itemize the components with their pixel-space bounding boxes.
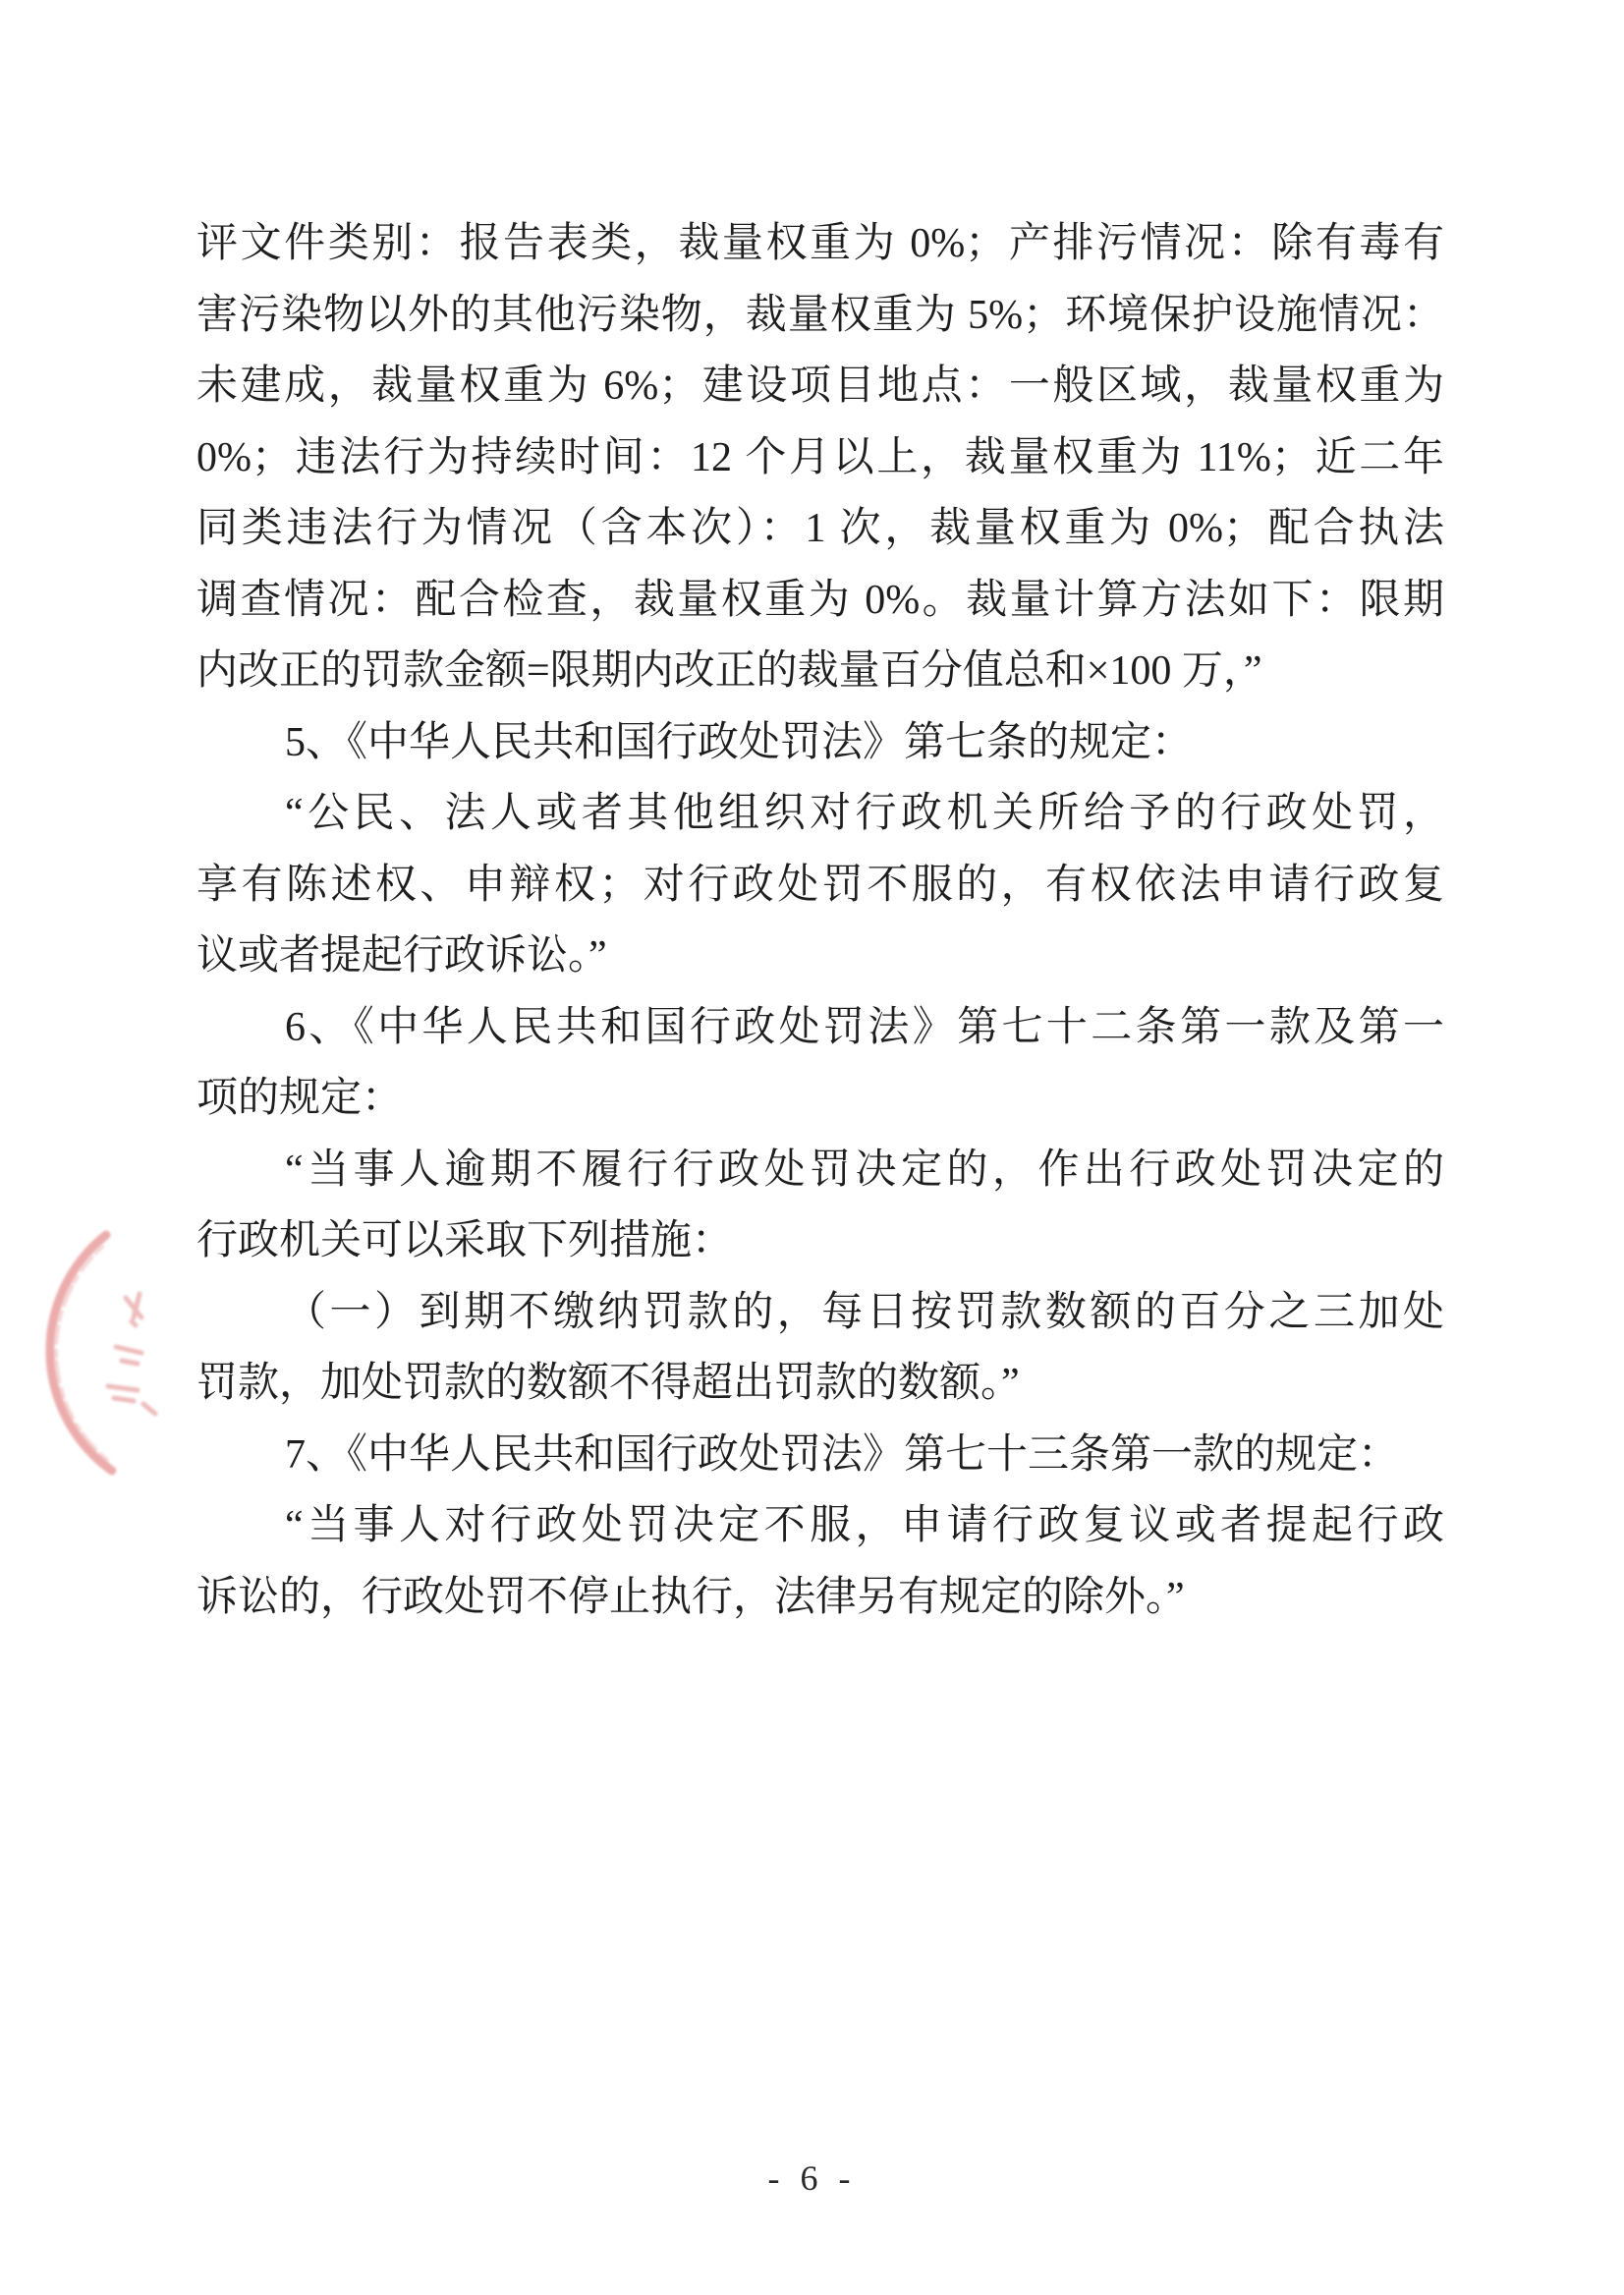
stamp-faint-characters — [108, 1294, 155, 1414]
text-line: 未建成，裁量权重为 6%；建设项目地点：一般区域，裁量权重为 — [196, 351, 1444, 422]
stamp-arc-grain — [56, 1247, 108, 1461]
text-line: 同类违法行为情况（含本次）：1 次，裁量权重为 0%；配合执法 — [196, 493, 1444, 565]
text-line: 议或者提起行政诉讼。” — [196, 921, 1444, 992]
text-line: （一）到期不缴纳罚款的，每日按罚款数额的百分之三加处 — [196, 1277, 1444, 1349]
text-line: “当事人对行政处罚决定不服，申请行政复议或者提起行政 — [196, 1490, 1444, 1562]
document-page: 评文件类别：报告表类，裁量权重为 0%；产排污情况：除有毒有害污染物以外的其他污… — [0, 0, 1624, 2295]
text-line: 项的规定： — [196, 1063, 1444, 1135]
text-line: 调查情况：配合检查，裁量权重为 0%。裁量计算方法如下：限期 — [196, 565, 1444, 637]
text-line: 6、《中华人民共和国行政处罚法》第七十二条第一款及第一 — [196, 992, 1444, 1064]
text-line: 评文件类别：报告表类，裁量权重为 0%；产排污情况：除有毒有 — [196, 208, 1444, 280]
text-line: 享有陈述权、申辩权；对行政处罚不服的，有权依法申请行政复 — [196, 850, 1444, 922]
text-line: 0%；违法行为持续时间：12 个月以上，裁量权重为 11%；近二年 — [196, 422, 1444, 494]
text-line: “当事人逾期不履行行政处罚决定的，作出行政处罚决定的 — [196, 1135, 1444, 1206]
text-line: 行政机关可以采取下列措施： — [196, 1205, 1444, 1277]
stamp-arc — [50, 1235, 112, 1471]
body-text: 评文件类别：报告表类，裁量权重为 0%；产排污情况：除有毒有害污染物以外的其他污… — [196, 208, 1444, 1633]
page-number: - 6 - — [0, 2157, 1624, 2199]
text-line: 7、《中华人民共和国行政处罚法》第七十三条第一款的规定： — [196, 1420, 1444, 1491]
red-seal-stamp-icon — [0, 1203, 196, 1498]
text-line: 害污染物以外的其他污染物，裁量权重为 5%；环境保护设施情况： — [196, 280, 1444, 352]
text-line: 罚款，加处罚款的数额不得超出罚款的数额。” — [196, 1348, 1444, 1420]
text-line: 5、《中华人民共和国行政处罚法》第七条的规定： — [196, 707, 1444, 779]
text-line: “公民、法人或者其他组织对行政机关所给予的行政处罚， — [196, 778, 1444, 850]
text-line: 内改正的罚款金额=限期内改正的裁量百分值总和×100 万，” — [196, 636, 1444, 707]
text-line: 诉讼的，行政处罚不停止执行，法律另有规定的除外。” — [196, 1562, 1444, 1634]
